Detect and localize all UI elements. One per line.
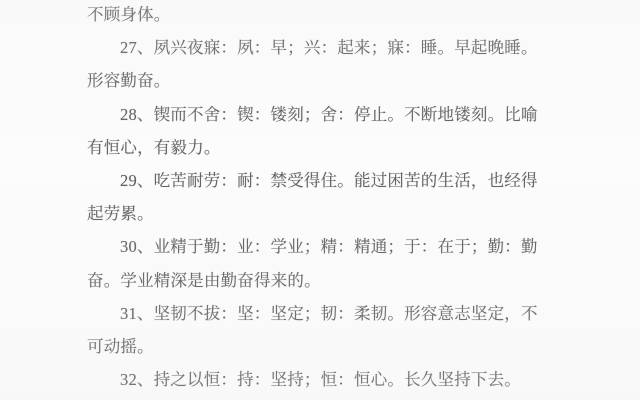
text-line-item-28: 28、锲而不舍：锲：镂刻；舍：停止。不断地镂刻。比喻 xyxy=(87,98,547,131)
text-line-item-30: 30、业精于勤：业：学业；精：精通；于：在于；勤：勤 xyxy=(87,230,547,263)
text-line-item-29: 29、吃苦耐劳：耐：禁受得住。能过困苦的生活，也经得 xyxy=(87,164,547,197)
text-line-continuation: 奋。学业精深是由勤奋得来的。 xyxy=(87,264,547,297)
text-line-item-32: 32、持之以恒：持：坚持；恒：恒心。长久坚持下去。 xyxy=(87,363,547,396)
text-line-continuation: 起劳累。 xyxy=(87,197,547,230)
text-block: 不顾身体。 27、夙兴夜寐：夙：早；兴：起来；寐：睡。早起晚睡。 形容勤奋。 2… xyxy=(87,0,547,396)
document-page: 不顾身体。 27、夙兴夜寐：夙：早；兴：起来；寐：睡。早起晚睡。 形容勤奋。 2… xyxy=(0,0,640,400)
text-line-item-31: 31、坚韧不拔：坚：坚定；韧：柔韧。形容意志坚定，不 xyxy=(87,297,547,330)
text-line-continuation: 可动摇。 xyxy=(87,330,547,363)
text-line-item-27: 27、夙兴夜寐：夙：早；兴：起来；寐：睡。早起晚睡。 xyxy=(87,31,547,64)
text-line-continuation: 有恒心，有毅力。 xyxy=(87,131,547,164)
text-line-continuation: 不顾身体。 xyxy=(87,0,547,31)
text-line-continuation: 形容勤奋。 xyxy=(87,64,547,97)
